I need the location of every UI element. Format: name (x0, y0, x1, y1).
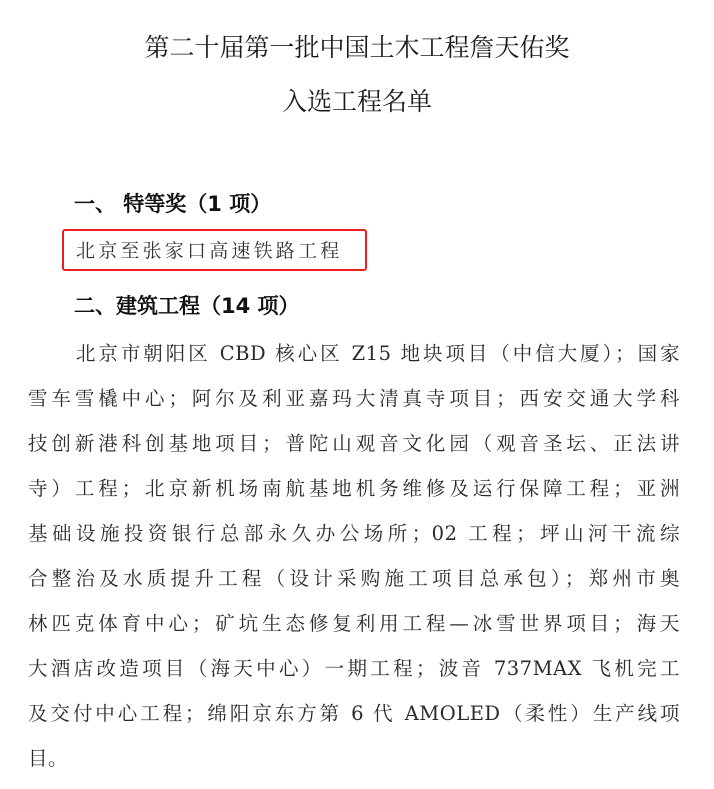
paragraph-line: 目。 (28, 743, 680, 771)
paragraph-line: 寺）工程；北京新机场南航基地机务维修及运行保障工程；亚洲 (28, 473, 680, 501)
section-heading-special-award: 一、 特等奖（1 项） (74, 188, 271, 218)
paragraph-line: 林匹克体育中心；矿坑生态修复利用工程—冰雪世界项目；海天 (28, 608, 680, 636)
paragraph-line: 基础设施投资银行总部永久办公场所；02 工程；坪山河干流综 (28, 518, 680, 546)
section-heading-building-engineering: 二、建筑工程（14 项） (74, 290, 300, 320)
paragraph-line: 大酒店改造项目（海天中心）一期工程；波音 737MAX 飞机完工 (28, 653, 680, 681)
document-title-line-1: 第二十届第一批中国土木工程詹天佑奖 (0, 28, 714, 64)
highlight-box: 北京至张家口高速铁路工程 (62, 229, 367, 271)
paragraph-line: 合整治及水质提升工程（设计采购施工项目总承包）；郑州市奥 (28, 563, 680, 591)
paragraph-line: 北京市朝阳区 CBD 核心区 Z15 地块项目（中信大厦）；国家 (76, 338, 680, 366)
paragraph-line: 技创新港科创基地项目；普陀山观音文化园（观音圣坛、正法讲 (28, 428, 680, 456)
highlighted-project: 北京至张家口高速铁路工程 (76, 236, 342, 263)
paragraph-line: 及交付中心工程；绵阳京东方第 6 代 AMOLED（柔性）生产线项 (28, 698, 680, 726)
document-title-line-2: 入选工程名单 (0, 82, 714, 118)
paragraph-line: 雪车雪橇中心；阿尔及利亚嘉玛大清真寺项目；西安交通大学科 (28, 383, 680, 411)
